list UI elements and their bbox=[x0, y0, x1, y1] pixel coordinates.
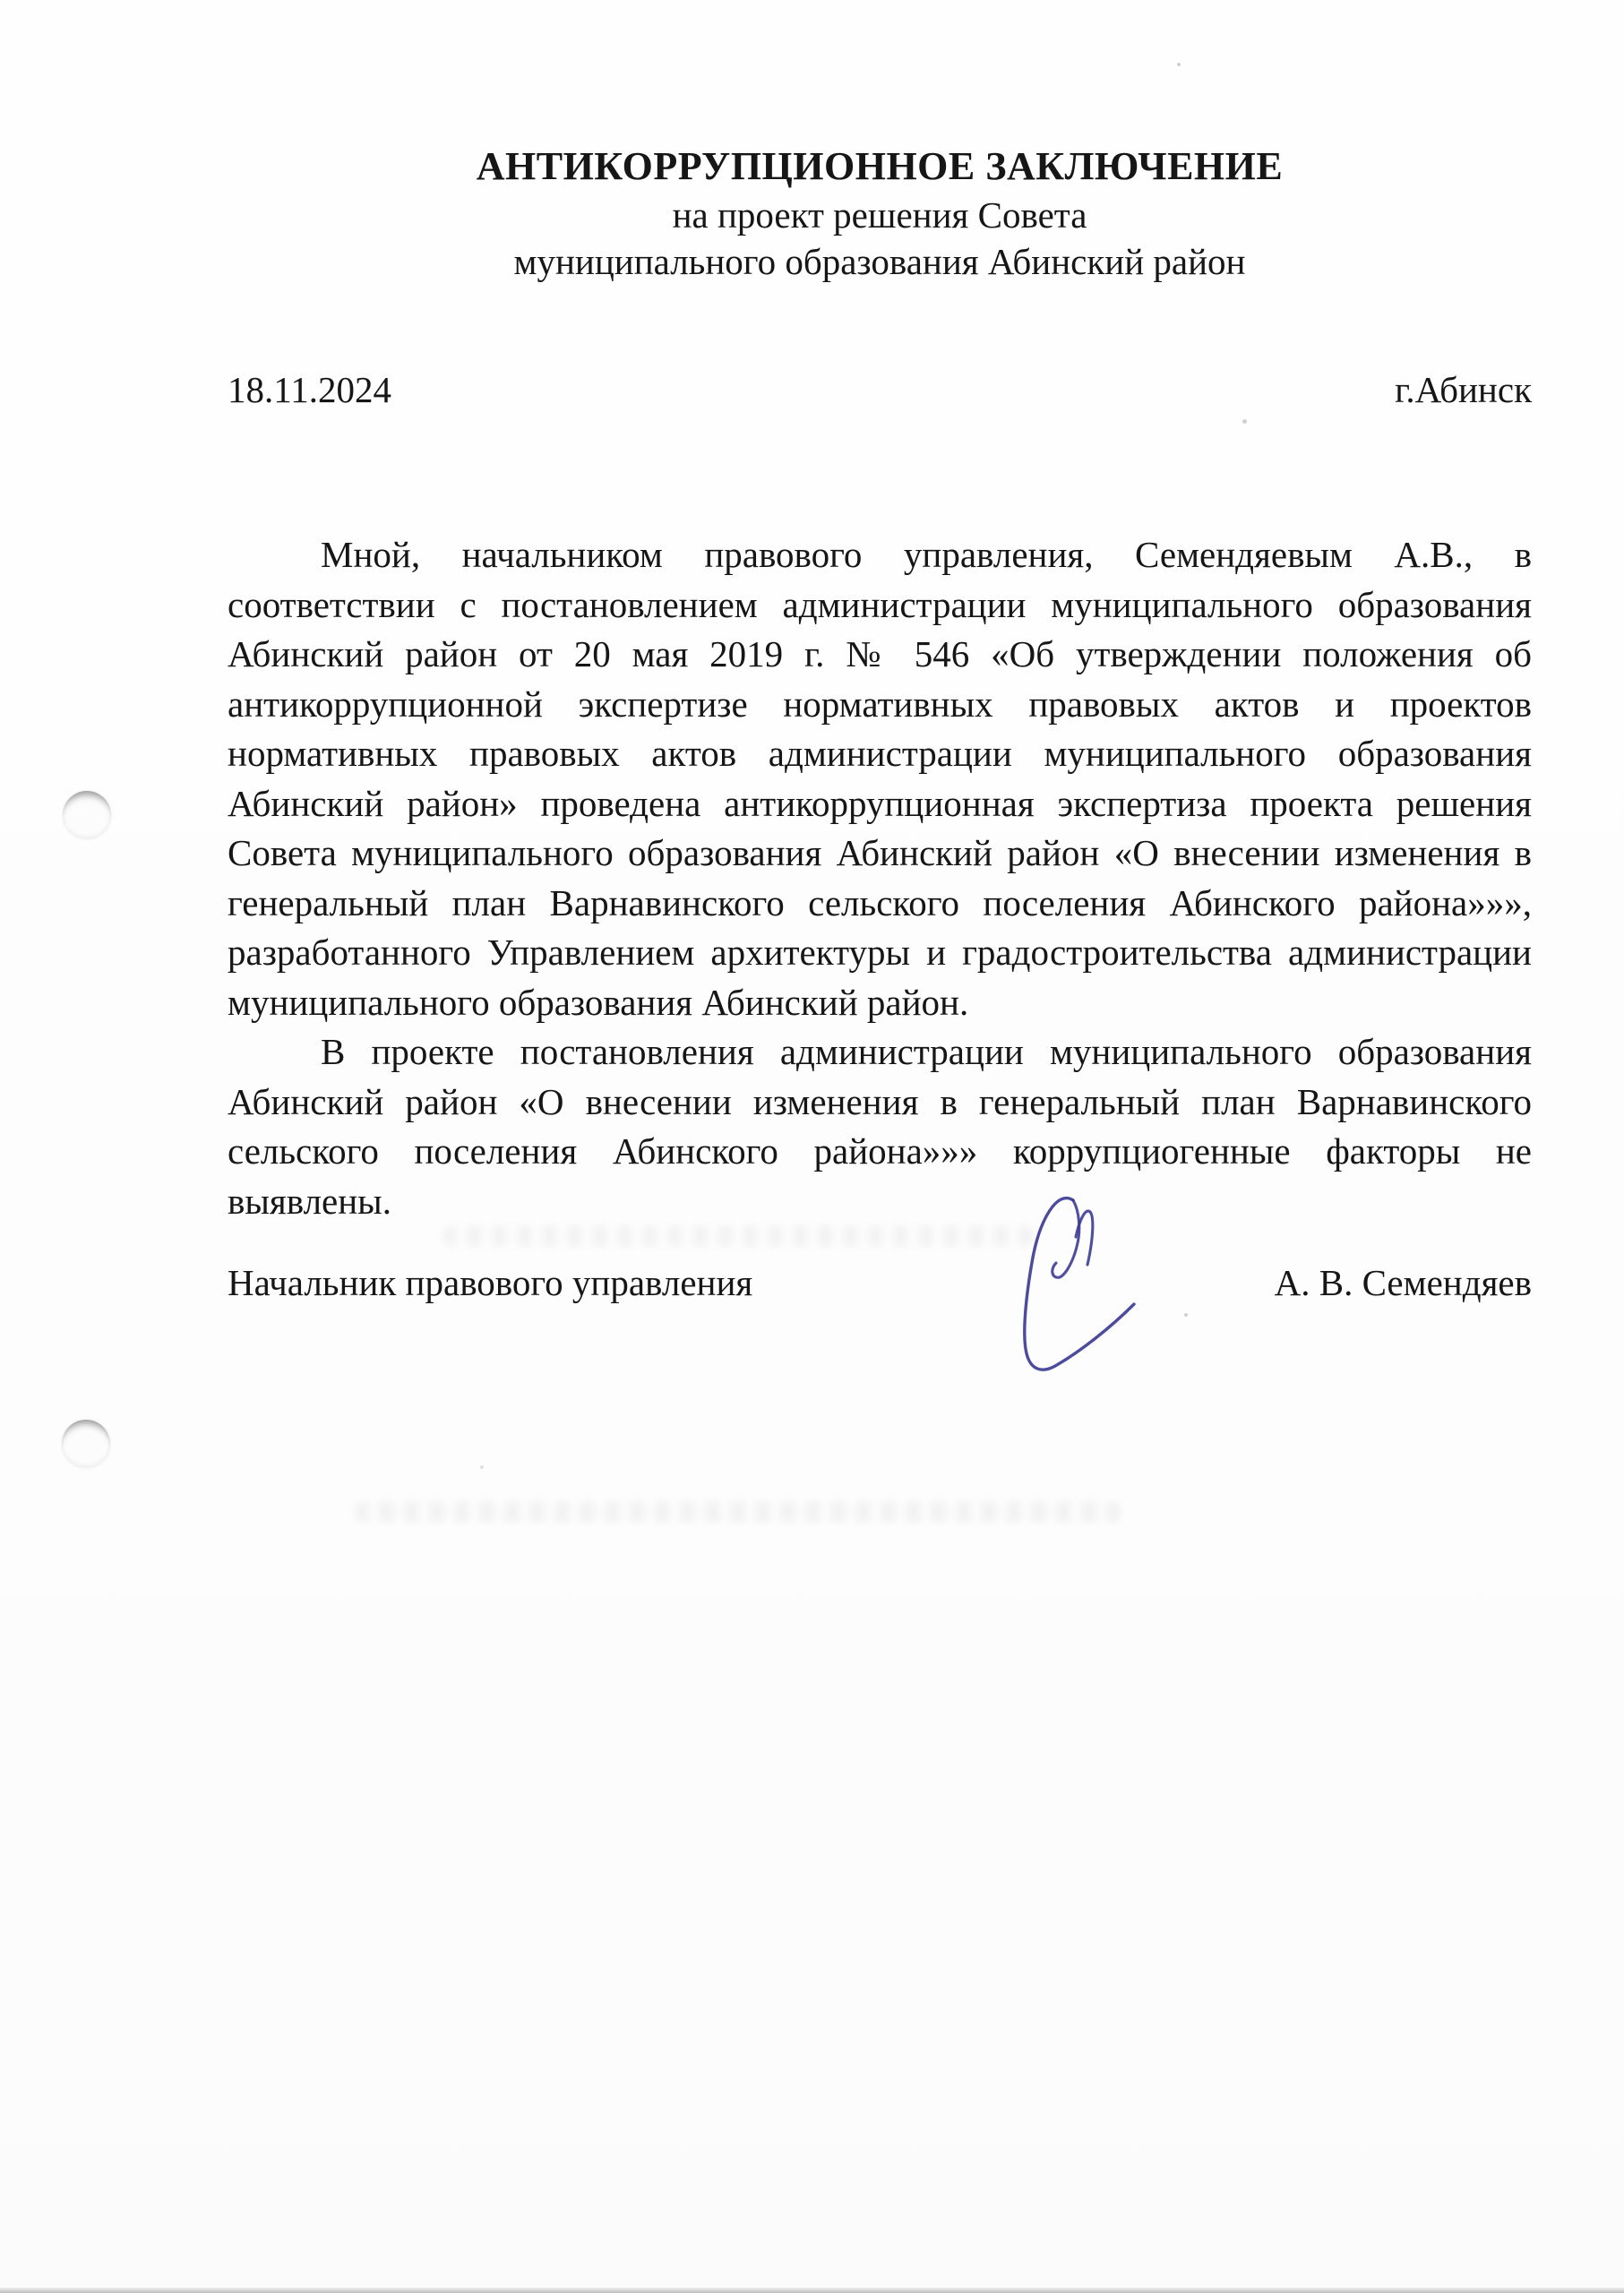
document-title-block: АНТИКОРРУПЦИОННОЕ ЗАКЛЮЧЕНИЕ на проект р… bbox=[228, 142, 1532, 285]
scanned-document-page: АНТИКОРРУПЦИОННОЕ ЗАКЛЮЧЕНИЕ на проект р… bbox=[0, 0, 1624, 2293]
signature-position-label: Начальник правового управления bbox=[228, 1258, 752, 1308]
scan-speck bbox=[1177, 63, 1181, 66]
document-subtitle-line-2: муниципального образования Абинский райо… bbox=[228, 238, 1532, 285]
body-paragraph-2: В проекте постановления администрации му… bbox=[228, 1027, 1532, 1226]
document-body: Мной, начальником правового управления, … bbox=[228, 530, 1532, 1226]
reverse-side-ghosting bbox=[355, 1501, 1121, 1523]
hole-punch-bottom bbox=[62, 1420, 110, 1468]
scan-bottom-edge bbox=[0, 2288, 1624, 2293]
hole-punch-top bbox=[63, 791, 111, 839]
signature-ink-strokes bbox=[1025, 1198, 1134, 1370]
signature-row: Начальник правового управления А. В. Сем… bbox=[228, 1258, 1532, 1308]
scan-speck bbox=[480, 1465, 484, 1469]
scan-speck bbox=[1184, 1313, 1188, 1317]
document-date: 18.11.2024 bbox=[228, 365, 391, 415]
document-title: АНТИКОРРУПЦИОННОЕ ЗАКЛЮЧЕНИЕ bbox=[228, 142, 1532, 192]
document-subtitle-line-1: на проект решения Совета bbox=[228, 192, 1532, 238]
dateline: 18.11.2024 г.Абинск bbox=[228, 365, 1532, 415]
body-paragraph-1: Мной, начальником правового управления, … bbox=[228, 530, 1532, 1027]
reverse-side-ghosting bbox=[443, 1225, 1034, 1247]
signature-scribble bbox=[1010, 1188, 1158, 1407]
signature-name: А. В. Семендяев bbox=[1275, 1258, 1532, 1308]
scan-speck bbox=[1242, 419, 1247, 424]
document-place: г.Абинск bbox=[1395, 365, 1532, 415]
